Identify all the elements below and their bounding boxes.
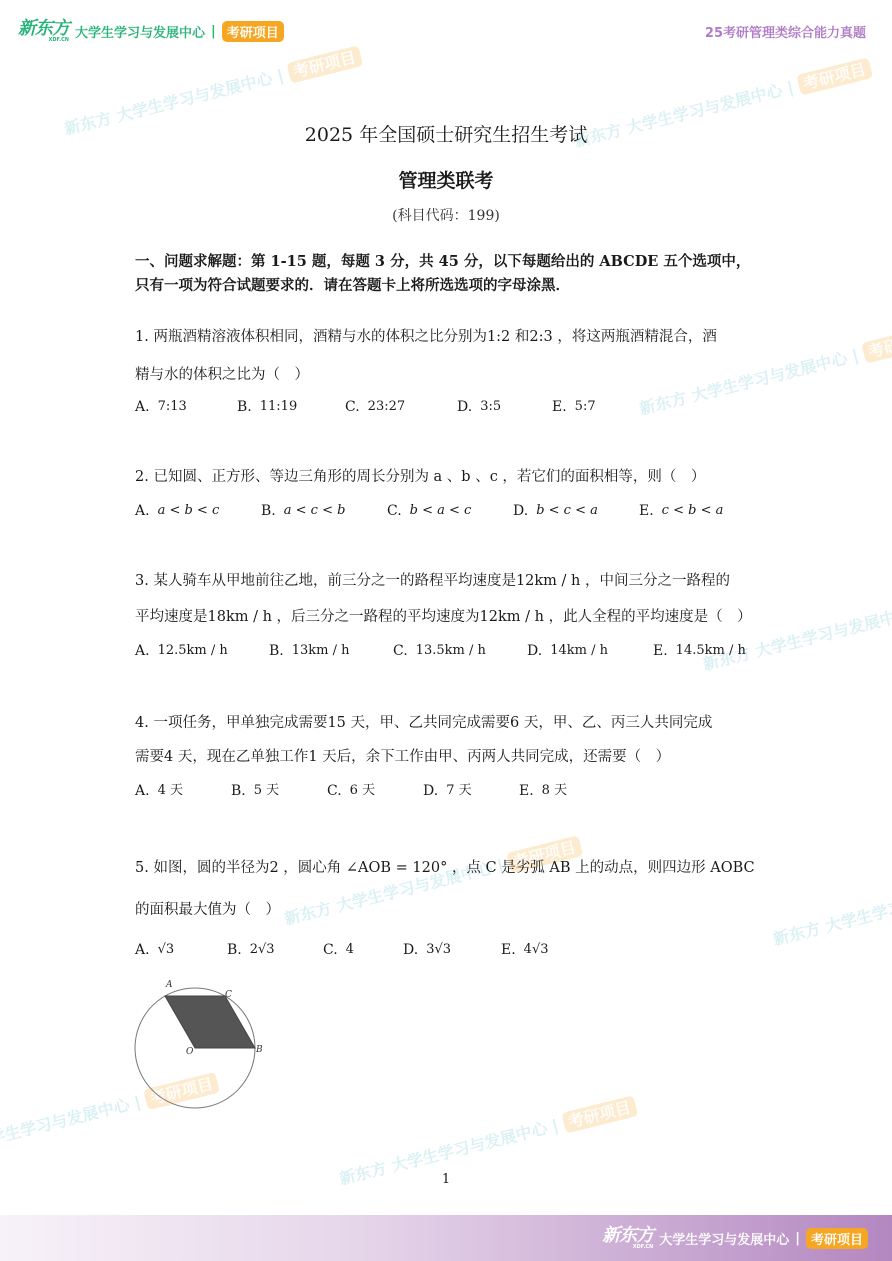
option-label: C. <box>393 638 408 664</box>
option-label: A. <box>135 937 150 963</box>
option-label: C. <box>345 394 360 420</box>
question-text-line: 2. 已知圆、正方形、等边三角形的周长分别为 a 、b 、c ，若它们的面积相等… <box>135 464 765 498</box>
xdf-logo-icon: 新东方 XDF.CN <box>18 20 69 43</box>
option-label: B. <box>231 778 246 804</box>
brand-text: 大学生学习与发展中心 <box>75 22 205 41</box>
question-text-line: 精与水的体积之比为（ ） <box>135 362 765 394</box>
option-e[interactable]: E.4√3 <box>501 937 549 963</box>
option-value: 8 天 <box>542 778 567 804</box>
option-value: 5 天 <box>254 778 279 804</box>
option-a[interactable]: A.7:13 <box>135 394 237 420</box>
option-value: b < c < a <box>536 498 598 524</box>
watermark-text: 大学生学习与发展中心 | <box>389 1116 560 1176</box>
option-value: 4√3 <box>524 937 549 963</box>
options-row: A.7:13 B.11:19 C.23:27 D.3:5 E.5:7 <box>135 394 765 420</box>
option-d[interactable]: D.14km / h <box>527 638 653 664</box>
brand-separator: | <box>795 1231 800 1246</box>
option-value: 5:7 <box>575 394 596 420</box>
option-a[interactable]: A.4 天 <box>135 778 231 804</box>
option-value: 14km / h <box>550 638 608 664</box>
option-value: 7:13 <box>158 394 187 420</box>
option-label: C. <box>387 498 402 524</box>
option-d[interactable]: D.7 天 <box>423 778 519 804</box>
brand-separator: | <box>211 24 216 39</box>
option-label: D. <box>527 638 542 664</box>
option-d[interactable]: D.3√3 <box>403 937 501 963</box>
option-label: D. <box>403 937 418 963</box>
option-label: E. <box>519 778 534 804</box>
option-value: 7 天 <box>446 778 471 804</box>
option-label: E. <box>501 937 516 963</box>
brand-text: 大学生学习与发展中心 <box>659 1229 789 1248</box>
option-value: 4 <box>346 937 354 963</box>
option-value: 13.5km / h <box>416 638 486 664</box>
option-value: 11:19 <box>260 394 297 420</box>
geometry-figure: A C O B <box>133 980 273 1120</box>
option-label: A. <box>135 638 150 664</box>
watermark-text: 大学生学习与发展中心 | <box>753 601 892 661</box>
option-d[interactable]: D.b < c < a <box>513 498 639 524</box>
options-row: A.4 天 B.5 天 C.6 天 D.7 天 E.8 天 <box>135 778 765 804</box>
brand-badge: 考研项目 <box>806 1228 868 1249</box>
question-5: 5. 如图，圆的半径为2 ，圆心角 ∠AOB = 120° ，点 C 是劣弧 A… <box>135 855 765 963</box>
brand-logo-text: 新东方 <box>602 1225 653 1246</box>
option-label: E. <box>639 498 654 524</box>
option-value: 13km / h <box>292 638 350 664</box>
option-c[interactable]: C.23:27 <box>345 394 457 420</box>
option-label: B. <box>237 394 252 420</box>
option-b[interactable]: B.11:19 <box>237 394 345 420</box>
option-label: A. <box>135 498 150 524</box>
page-header: 新东方 XDF.CN 大学生学习与发展中心 | 考研项目 25考研管理类综合能力… <box>0 0 892 60</box>
header-brand: 新东方 XDF.CN 大学生学习与发展中心 | 考研项目 <box>18 20 284 43</box>
question-text-line: 3. 某人骑车从甲地前往乙地，前三分之一的路程平均速度是12km / h ，中间… <box>135 568 765 604</box>
page-footer: 新东方 XDF.CN 大学生学习与发展中心 | 考研项目 <box>0 1215 892 1261</box>
option-b[interactable]: B.5 天 <box>231 778 327 804</box>
option-label: D. <box>513 498 528 524</box>
option-label: B. <box>227 937 242 963</box>
option-b[interactable]: B.13km / h <box>269 638 393 664</box>
option-b[interactable]: B.a < c < b <box>261 498 387 524</box>
option-value: 3:5 <box>480 394 501 420</box>
watermark-badge: 考研项目 <box>796 57 873 95</box>
option-value: b < a < c <box>410 498 472 524</box>
option-label: D. <box>457 394 472 420</box>
option-e[interactable]: E.c < b < a <box>639 498 723 524</box>
question-text-line: 的面积最大值为（ ） <box>135 897 765 937</box>
option-value: 23:27 <box>368 394 405 420</box>
question-4: 4. 一项任务，甲单独完成需要15 天，甲、乙共同完成需要6 天，甲、乙、丙三人… <box>135 710 765 804</box>
question-text-line: 平均速度是18km / h ，后三分之一路程的平均速度为12km / h ，此人… <box>135 604 765 638</box>
options-row: A.12.5km / h B.13km / h C.13.5km / h D.1… <box>135 638 765 664</box>
option-value: 4 天 <box>158 778 183 804</box>
exam-title: 2025 年全国硕士研究生招生考试 <box>0 120 892 147</box>
option-value: a < b < c <box>158 498 220 524</box>
question-text-line: 1. 两瓶酒精溶液体积相同，酒精与水的体积之比分别为1:2 和2:3 ，将这两瓶… <box>135 324 765 362</box>
option-label: A. <box>135 394 150 420</box>
watermark-text: 大学生学习与发展中心 | <box>0 1092 143 1152</box>
xdf-logo-icon: 新东方 XDF.CN <box>602 1227 653 1250</box>
option-label: B. <box>261 498 276 524</box>
option-e[interactable]: E.8 天 <box>519 778 567 804</box>
option-label: A. <box>135 778 150 804</box>
option-label: C. <box>327 778 342 804</box>
watermark-badge: 考研项目 <box>561 1095 638 1133</box>
option-label: B. <box>269 638 284 664</box>
question-text-line: 4. 一项任务，甲单独完成需要15 天，甲、乙共同完成需要6 天，甲、乙、丙三人… <box>135 710 765 744</box>
option-value: √3 <box>158 937 175 963</box>
option-e[interactable]: E.5:7 <box>552 394 596 420</box>
option-value: 6 天 <box>350 778 375 804</box>
watermark-logo: 新东方 <box>771 919 822 949</box>
page-number: 1 <box>0 1172 892 1187</box>
watermark-text: 大学生学习与发展中心 | <box>114 66 285 126</box>
question-2: 2. 已知圆、正方形、等边三角形的周长分别为 a 、b 、c ，若它们的面积相等… <box>135 464 765 524</box>
question-text-line: 5. 如图，圆的半径为2 ，圆心角 ∠AOB = 120° ，点 C 是劣弧 A… <box>135 855 765 897</box>
option-label: E. <box>653 638 668 664</box>
options-row: A.√3 B.2√3 C.4 D.3√3 E.4√3 <box>135 937 765 963</box>
label-o: O <box>186 1047 194 1057</box>
option-a[interactable]: A.12.5km / h <box>135 638 269 664</box>
label-b: B <box>255 1045 263 1055</box>
option-value: 12.5km / h <box>158 638 228 664</box>
question-3: 3. 某人骑车从甲地前往乙地，前三分之一的路程平均速度是12km / h ，中间… <box>135 568 765 664</box>
option-value: 3√3 <box>426 937 451 963</box>
brand-logo-text: 新东方 <box>18 18 69 39</box>
option-value: c < b < a <box>662 498 724 524</box>
header-right-title: 25考研管理类综合能力真题 <box>705 22 866 41</box>
option-c[interactable]: C.6 天 <box>327 778 423 804</box>
option-a[interactable]: A.√3 <box>135 937 227 963</box>
subject-code: (科目代码：199) <box>0 205 892 225</box>
option-c[interactable]: C.13.5km / h <box>393 638 527 664</box>
option-c[interactable]: C.4 <box>323 937 403 963</box>
footer-brand: 新东方 XDF.CN 大学生学习与发展中心 | 考研项目 <box>602 1227 868 1250</box>
question-1: 1. 两瓶酒精溶液体积相同，酒精与水的体积之比分别为1:2 和2:3 ，将这两瓶… <box>135 324 765 420</box>
option-value: 14.5km / h <box>676 638 746 664</box>
option-value: a < c < b <box>284 498 346 524</box>
options-row: A.a < b < c B.a < c < b C.b < a < c D.b … <box>135 498 765 524</box>
circle-quadrilateral-diagram: A C O B <box>133 980 273 1120</box>
option-c[interactable]: C.b < a < c <box>387 498 513 524</box>
exam-subtitle: 管理类联考 <box>0 166 892 193</box>
option-d[interactable]: D.3:5 <box>457 394 552 420</box>
option-label: D. <box>423 778 438 804</box>
watermark-text: 大学生学习与发展中心 | <box>823 876 892 936</box>
option-b[interactable]: B.2√3 <box>227 937 323 963</box>
watermark: 新东方 大学生学习与发展中心 | <box>771 873 892 950</box>
option-a[interactable]: A.a < b < c <box>135 498 261 524</box>
option-value: 2√3 <box>250 937 275 963</box>
label-c: C <box>225 990 232 1000</box>
section-heading: 一、问题求解题：第 1-15 题，每题 3 分，共 45 分，以下每题给出的 A… <box>135 250 760 298</box>
option-label: C. <box>323 937 338 963</box>
option-label: E. <box>552 394 567 420</box>
option-e[interactable]: E.14.5km / h <box>653 638 746 664</box>
question-text-line: 需要4 天，现在乙单独工作1 天后，余下工作由甲、丙两人共同完成，还需要（ ） <box>135 744 765 778</box>
label-a: A <box>165 980 173 990</box>
watermark-badge: 考研项目 <box>861 325 892 363</box>
brand-badge: 考研项目 <box>222 21 284 42</box>
